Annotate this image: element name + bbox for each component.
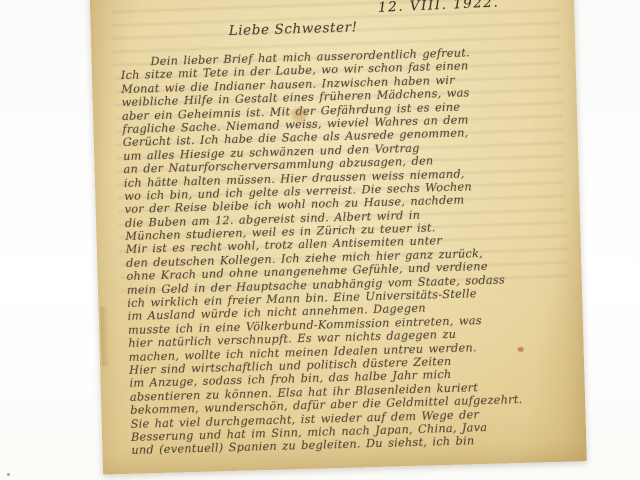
letter-body: Dein lieber Brief hat mich ausserordentl… — [120, 44, 579, 458]
letter-page: 12. VIII. 1922. Liebe Schwester! Dein li… — [89, 0, 587, 475]
edge-smudge — [100, 306, 110, 366]
backdrop-speck — [7, 473, 10, 476]
